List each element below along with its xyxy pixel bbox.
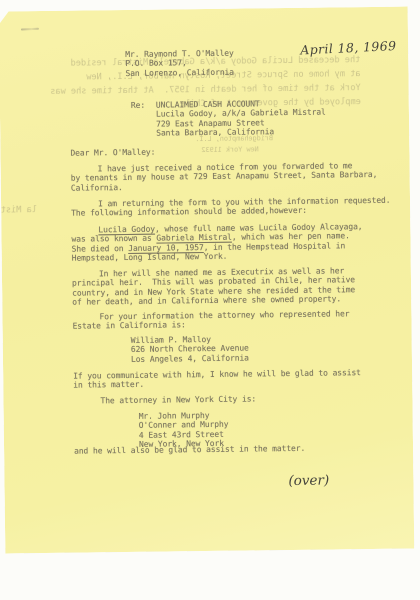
typed-line: and he will also be glad to assist in th… bbox=[74, 444, 305, 456]
typed-line: Santa Barbara, California bbox=[156, 126, 326, 137]
paragraph-2: I am returning the form to you with the … bbox=[71, 196, 391, 218]
salutation: Dear Mr. O'Malley: bbox=[70, 148, 155, 158]
re-subject-block: UNCLAIMED CASH ACCOUNTLucila Godoy, a/k/… bbox=[156, 99, 326, 138]
bleedthrough-line: York at the time of her death in 1957. A… bbox=[43, 83, 361, 97]
paragraph-1: I have just received a notice from you f… bbox=[71, 161, 378, 193]
re-label: Re: bbox=[131, 101, 145, 110]
paragraph-3: Lucila Godoy, whose full name was Lucila… bbox=[71, 222, 363, 263]
text-segment: , in the Hempstead Hospital in bbox=[204, 241, 346, 252]
attorney-california-address: William P. Malloy626 North Cherokee Aven… bbox=[131, 334, 249, 363]
paragraph-6: If you communicate with him, I know he w… bbox=[73, 368, 361, 390]
attorney-newyork-address: Mr. John MurphyO'Conner and Murphy4 East… bbox=[139, 411, 229, 449]
typed-line: The attorney in New York City is: bbox=[73, 394, 256, 406]
handwritten-over-note: (over) bbox=[288, 473, 329, 489]
handwritten-date: April 18, 1969 bbox=[300, 38, 397, 58]
typed-line: Los Angeles 4, California bbox=[131, 353, 249, 364]
recipient-address: Mr. Raymond T. O'MalleyP.O. Box 157,San … bbox=[125, 49, 234, 78]
underlined-text: Gabriela Mistral bbox=[156, 233, 232, 243]
pencil-mark bbox=[21, 28, 39, 31]
typed-line: O'Conner and Murphy bbox=[139, 420, 229, 430]
typed-line: San Lorenzo, California bbox=[125, 67, 234, 78]
typed-line: in this matter. bbox=[73, 377, 361, 390]
letter-paper: the deceased Lucila Godoy a/k/a Gabriela… bbox=[0, 7, 414, 554]
paragraph-4: In her will she named me as Executrix as… bbox=[72, 266, 355, 307]
text-segment: She died on bbox=[72, 244, 129, 254]
paragraph-7: The attorney in New York City is: bbox=[73, 394, 256, 406]
underlined-text: January 10, 1957 bbox=[128, 243, 204, 253]
paragraph-5: For your information the attorney who re… bbox=[72, 309, 349, 331]
bleedthrough-line: la Mistral bbox=[0, 205, 37, 216]
typed-line: Estate in California is: bbox=[73, 319, 350, 332]
bleedthrough-line: New York 11932 bbox=[201, 144, 258, 155]
scanned-letter-page: { "letter": { "date_handwritten": "April… bbox=[0, 0, 420, 600]
paragraph-8: and he will also be glad to assist in th… bbox=[74, 444, 305, 456]
